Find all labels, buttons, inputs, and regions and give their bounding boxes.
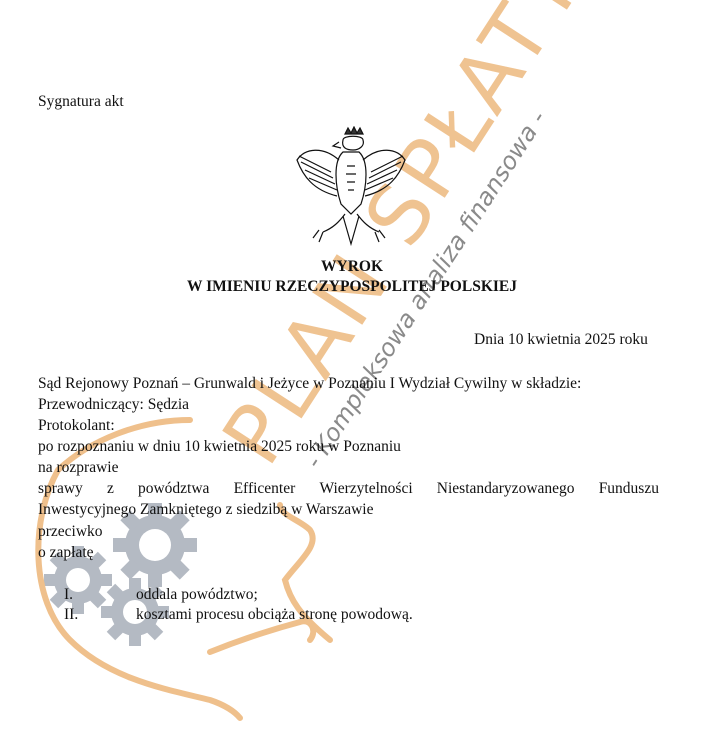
case-word: Efficenter bbox=[234, 480, 296, 498]
hearing-date-place: po rozpoznaniu w dniu 10 kwietnia 2025 r… bbox=[38, 438, 401, 456]
presiding-judge: Przewodniczący: Sędzia bbox=[38, 396, 189, 414]
case-parties-line-2: Inwestycyjnego Zamkniętego z siedzibą w … bbox=[38, 501, 373, 519]
polish-eagle-emblem-icon bbox=[293, 126, 409, 248]
case-subject: o zapłatę bbox=[38, 544, 94, 562]
judgment-subtitle: W IMIENIU RZECZYPOSPOLITEJ POLSKIEJ bbox=[0, 278, 704, 296]
court-composition: Sąd Rejonowy Poznań – Grunwald i Jeżyce … bbox=[38, 375, 581, 393]
case-word: Funduszu bbox=[599, 480, 659, 498]
judgment-date: Dnia 10 kwietnia 2025 roku bbox=[474, 331, 648, 349]
ruling-number: I. bbox=[64, 586, 136, 604]
case-word: sprawy bbox=[38, 480, 83, 498]
case-signature-label: Sygnatura akt bbox=[38, 93, 124, 111]
case-word: Wierzytelności bbox=[319, 480, 412, 498]
court-judgment-page: PLAN SPŁATY - Kompleksowa analiza finans… bbox=[0, 0, 704, 730]
against-label: przeciwko bbox=[38, 523, 103, 541]
ruling-text: kosztami procesu obciąża stronę powodową… bbox=[136, 606, 413, 623]
hearing-type: na rozprawie bbox=[38, 459, 118, 477]
ruling-number: II. bbox=[64, 606, 136, 624]
case-word: Niestandaryzowanego bbox=[437, 480, 575, 498]
ruling-text: oddala powództwo; bbox=[136, 586, 258, 603]
court-clerk: Protokolant: bbox=[38, 417, 115, 435]
ruling-item: II.kosztami procesu obciąża stronę powod… bbox=[64, 606, 413, 624]
case-parties-line-1: sprawyzpowództwaEfficenterWierzytelności… bbox=[38, 480, 659, 498]
judgment-title: WYROK bbox=[0, 258, 704, 276]
case-word: z bbox=[107, 480, 114, 498]
case-word: powództwa bbox=[138, 480, 209, 498]
ruling-item: I.oddala powództwo; bbox=[64, 586, 258, 604]
